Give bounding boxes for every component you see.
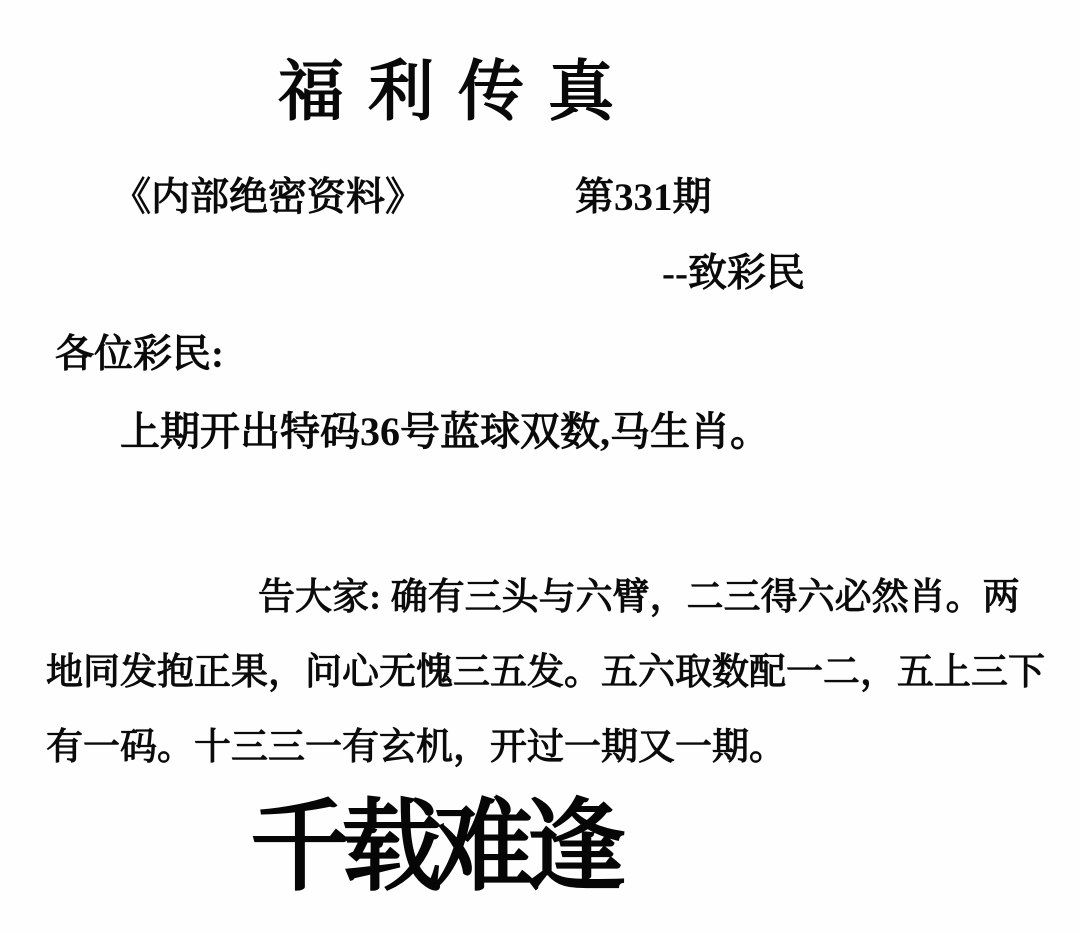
fax-document-page: 福利传真 《内部绝密资料》 第331期 --致彩民 各位彩民: 上期开出特码36… (0, 0, 1080, 933)
issue-number: 第331期 (575, 174, 712, 222)
dedication-line: --致彩民 (662, 250, 805, 298)
source-label: 《内部绝密资料》 (112, 174, 424, 222)
salutation-line: 各位彩民: (55, 330, 224, 380)
document-title: 福利传真 (278, 52, 638, 132)
message-paragraph: 告大家: 确有三头与六臂，二三得六必然肖。两地同发抱正果，问心无愧三五发。五六取… (46, 560, 1054, 785)
slogan-text: 千载难逢 (250, 788, 618, 908)
previous-draw-result: 上期开出特码36号蓝球双数,马生肖。 (120, 406, 770, 458)
